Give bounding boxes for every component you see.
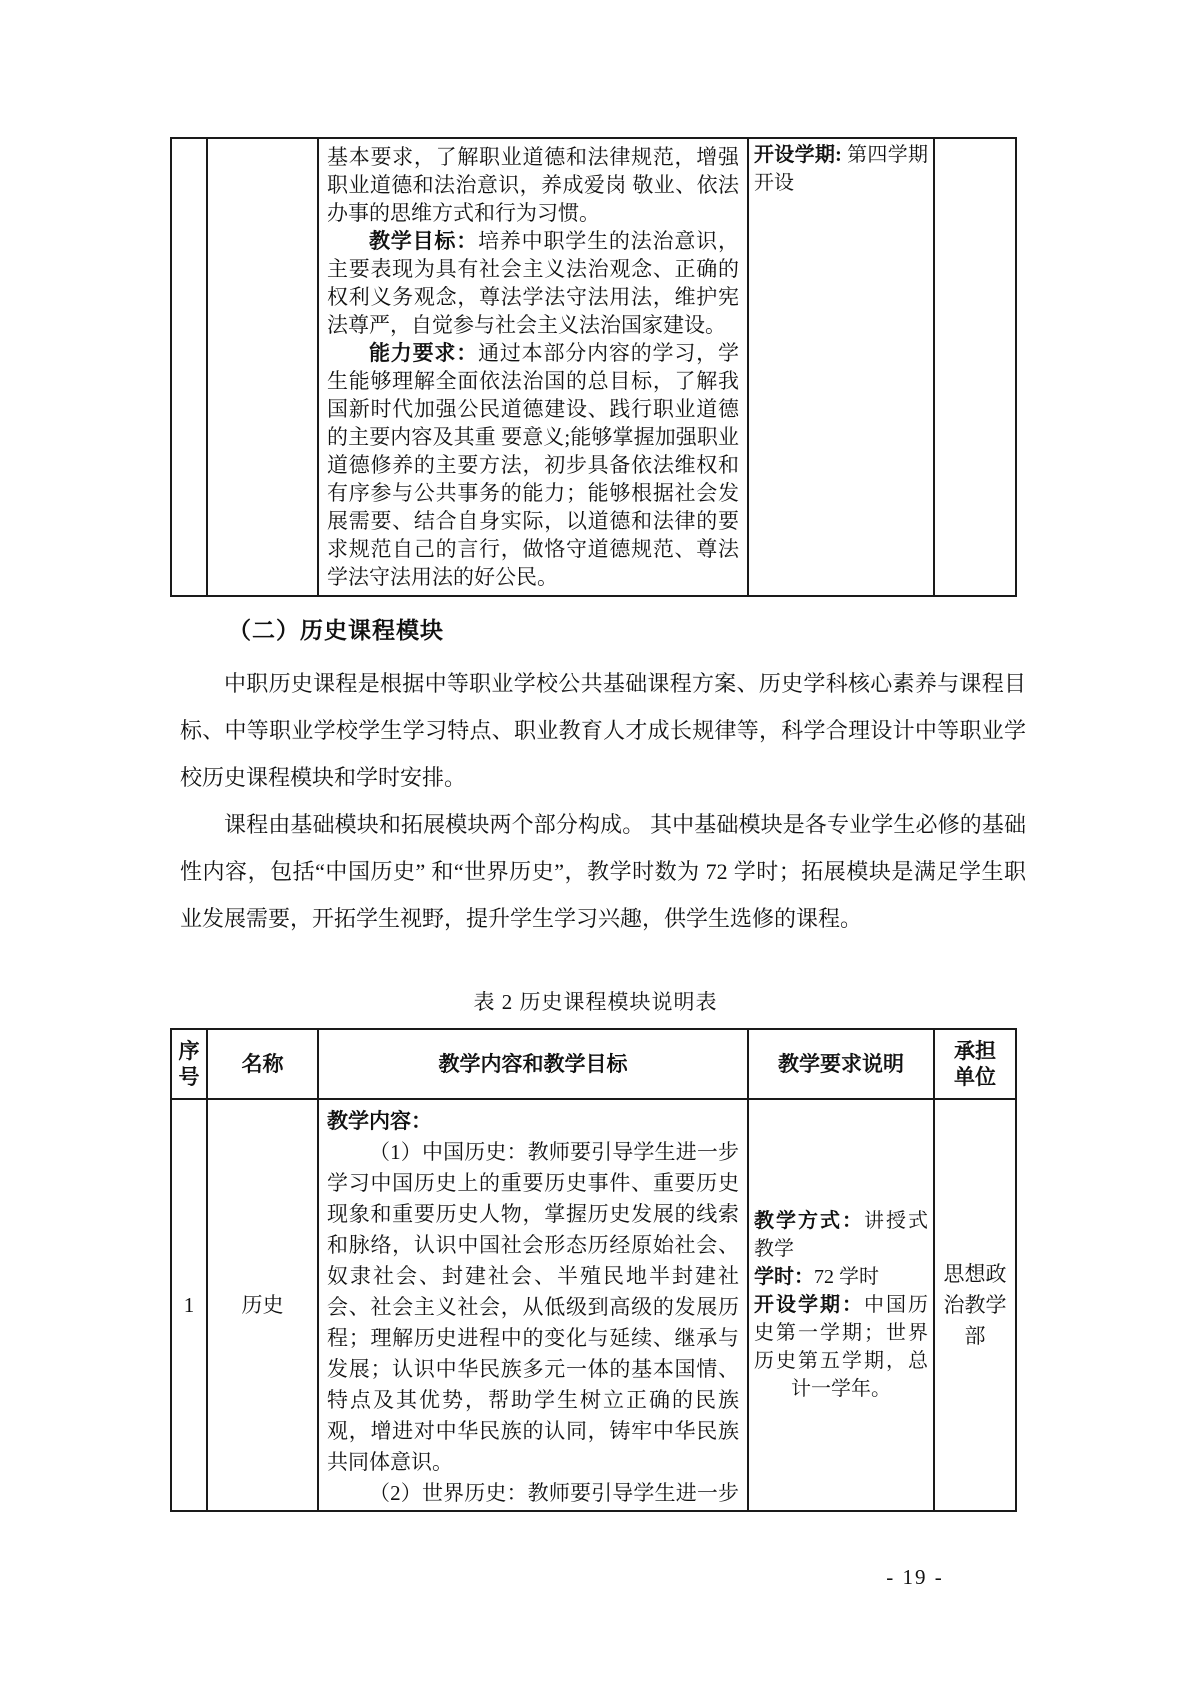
ethics-law-course-table: 基本要求，了解职业道德和法律规范，增强职业道德和法治意识，养成爱岗 敬业、依法办… (170, 137, 1017, 597)
teaching-goal-paragraph: 教学目标：培养中职学生的法治意识，主要表现为具有社会主义法治观念、正确的权利义务… (327, 227, 739, 339)
history-intro-paragraph: 中职历史课程是根据中等职业学校公共基础课程方案、历史学科核心素养与课程目标、中等… (180, 660, 1026, 801)
table-row: 基本要求，了解职业道德和法律规范，增强职业道德和法治意识，养成爱岗 敬业、依法办… (171, 138, 1016, 596)
teaching-method-line: 教学方式：讲授式教学 (754, 1207, 928, 1263)
table2-caption: 表 2 历史课程模块说明表 (0, 986, 1191, 1016)
hours-line: 学时：72 学时 (754, 1263, 928, 1291)
index-cell-empty (171, 138, 207, 596)
ability-requirement-paragraph: 能力要求：通过本部分内容的学习，学生能够理解全面依法治国的总目标，了解我国新时代… (327, 339, 739, 591)
table-header-row: 序 号 名称 教学内容和教学目标 教学要求说明 承担 单位 (171, 1029, 1016, 1099)
unit-cell-empty (934, 138, 1016, 596)
module-composition-paragraph: 课程由基础模块和拓展模块两个部分构成。 其中基础模块是各专业学生必修的基础性内容… (180, 801, 1026, 942)
teaching-content-cell: 基本要求，了解职业道德和法律规范，增强职业道德和法治意识，养成爱岗 敬业、依法办… (318, 138, 748, 596)
table-row-history: 1 历史 教学内容： （1）中国历史：教师要引导学生进一步学习中国历史上的重要历… (171, 1099, 1016, 1511)
semester-label: 开设学期： (754, 1294, 864, 1316)
hours-label: 学时： (754, 1266, 814, 1288)
semester-cell: 开设学期: 第四学期开设 (748, 138, 934, 596)
teaching-goal-label: 教学目标： (369, 229, 478, 253)
hours-text: 72 学时 (814, 1266, 879, 1288)
header-index: 序 号 (171, 1029, 207, 1099)
content-label: 教学内容： (327, 1109, 432, 1133)
history-module-table: 序 号 名称 教学内容和教学目标 教学要求说明 承担 单位 1 历史 教学内容：… (170, 1028, 1017, 1512)
world-history-paragraph: （2）世界历史：教师要引导学生进一步学习世界历史上的重要历史事件、重要历史现象 (327, 1478, 739, 1504)
semester-paragraph: 开设学期: 第四学期开设 (754, 141, 928, 197)
unit-cell: 思想政治教学部 (934, 1099, 1016, 1511)
header-name: 名称 (207, 1029, 318, 1099)
ability-requirement-label: 能力要求： (369, 341, 478, 365)
name-cell-empty (207, 138, 318, 596)
teaching-content-cell: 教学内容： （1）中国历史：教师要引导学生进一步学习中国历史上的重要历史事件、重… (318, 1099, 748, 1511)
teaching-method-label: 教学方式： (754, 1210, 864, 1232)
header-requirements: 教学要求说明 (748, 1029, 934, 1099)
index-cell: 1 (171, 1099, 207, 1511)
section-heading-history-module: （二）历史课程模块 (180, 612, 1026, 645)
header-unit: 承担 单位 (934, 1029, 1016, 1099)
header-content-goals: 教学内容和教学目标 (318, 1029, 748, 1099)
ability-requirement-text: 通过本部分内容的学习，学生能够理解全面依法治国的总目标，了解我国新时代加强公民道… (327, 341, 739, 589)
semester-line: 开设学期：中国历史第一学期；世界历史第五学期，总计一学年。 (754, 1291, 928, 1403)
requirements-cell: 教学方式：讲授式教学 学时：72 学时 开设学期：中国历史第一学期；世界历史第五… (748, 1099, 934, 1511)
china-history-paragraph: （1）中国历史：教师要引导学生进一步学习中国历史上的重要历史事件、重要历史现象和… (327, 1137, 739, 1478)
content-label-line: 教学内容： (327, 1106, 739, 1137)
semester-label: 开设学期: (754, 144, 847, 166)
name-cell: 历史 (207, 1099, 318, 1511)
page-number: - 19 - (840, 1565, 990, 1590)
requirement-paragraph: 基本要求，了解职业道德和法律规范，增强职业道德和法治意识，养成爱岗 敬业、依法办… (327, 143, 739, 227)
